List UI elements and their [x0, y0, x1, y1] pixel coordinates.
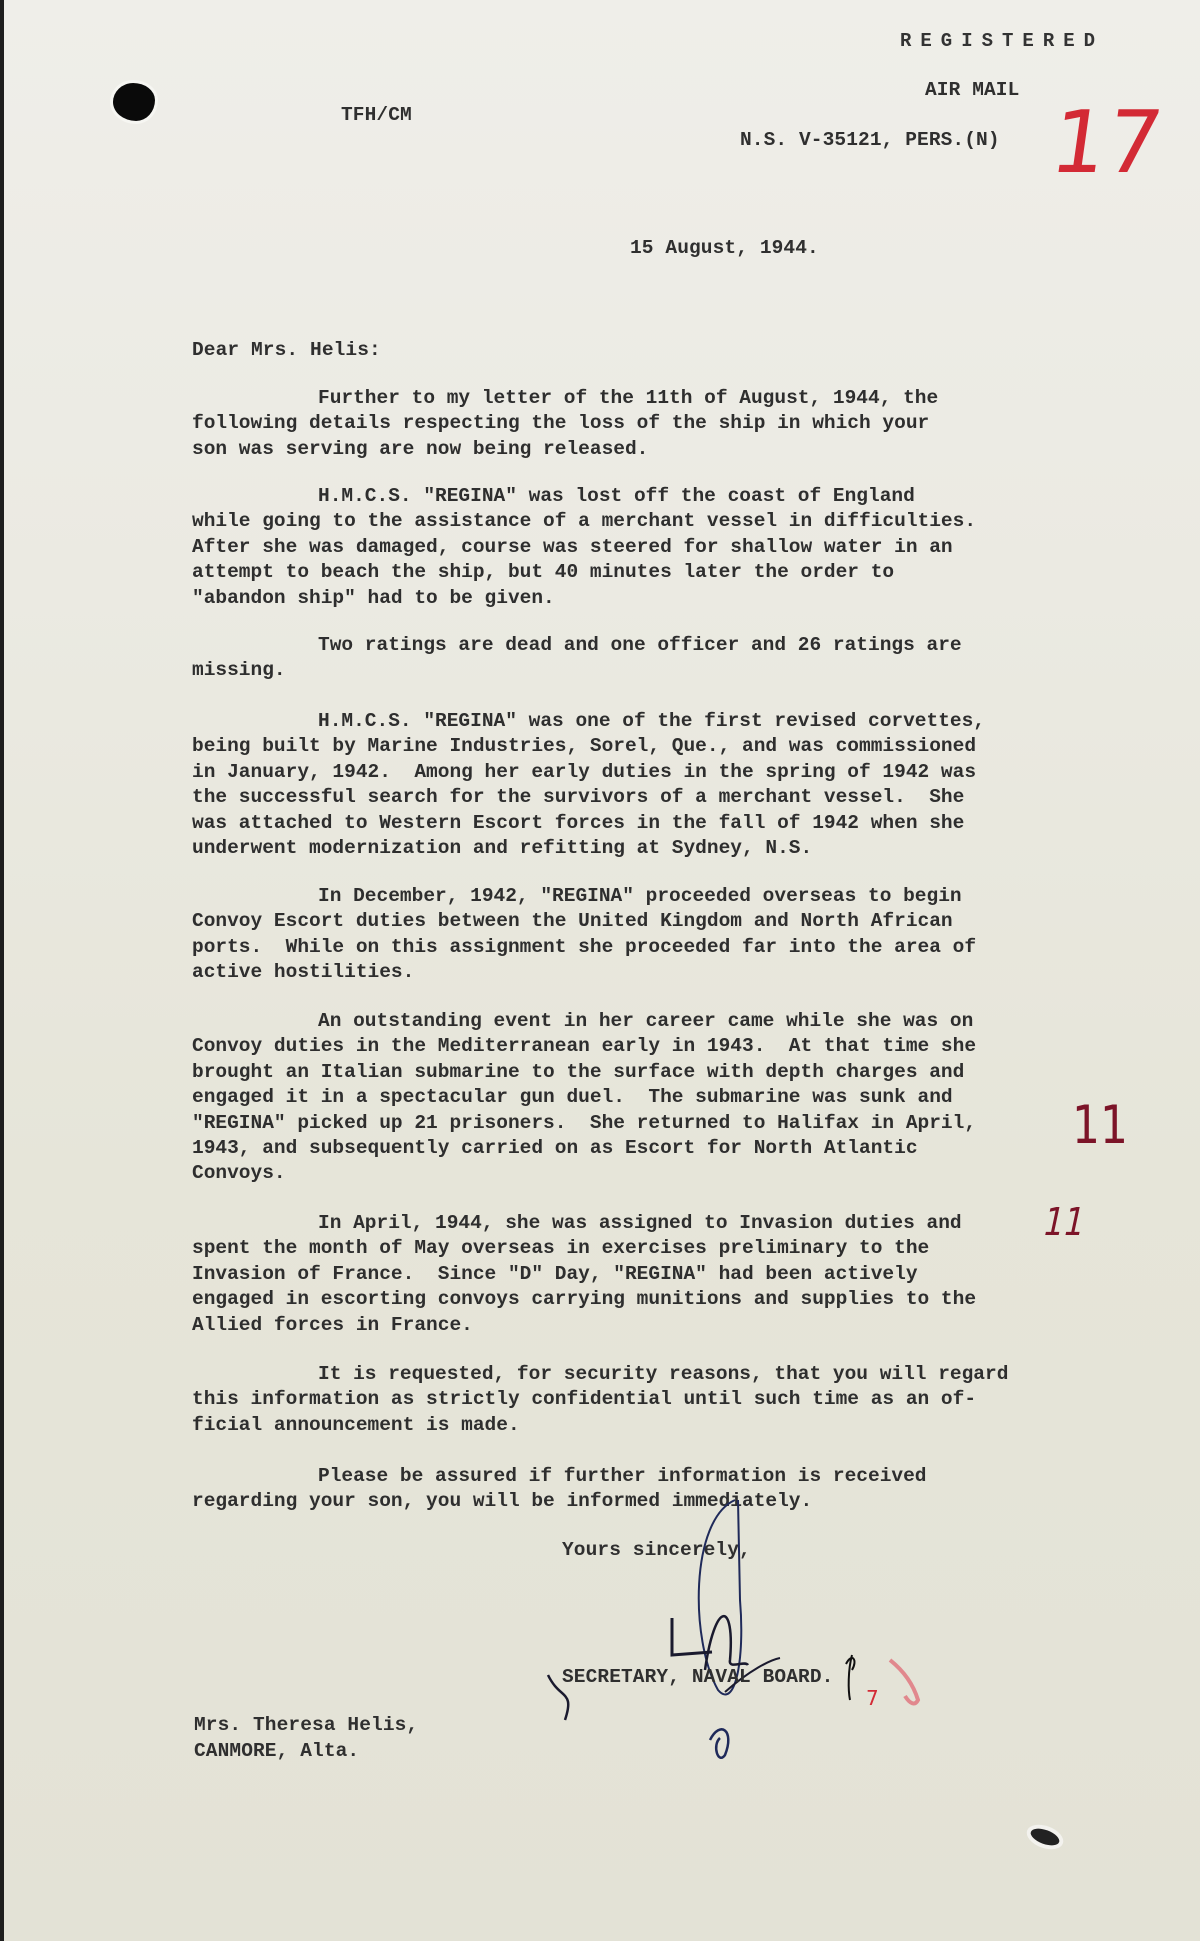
red-corner-mark: 7: [866, 1688, 879, 1708]
signature-title: SECRETARY, NAVAL BOARD.: [562, 1666, 833, 1688]
recipient-location: CANMORE, Alta.: [194, 1740, 359, 1762]
recipient-name: Mrs. Theresa Helis,: [194, 1714, 418, 1736]
